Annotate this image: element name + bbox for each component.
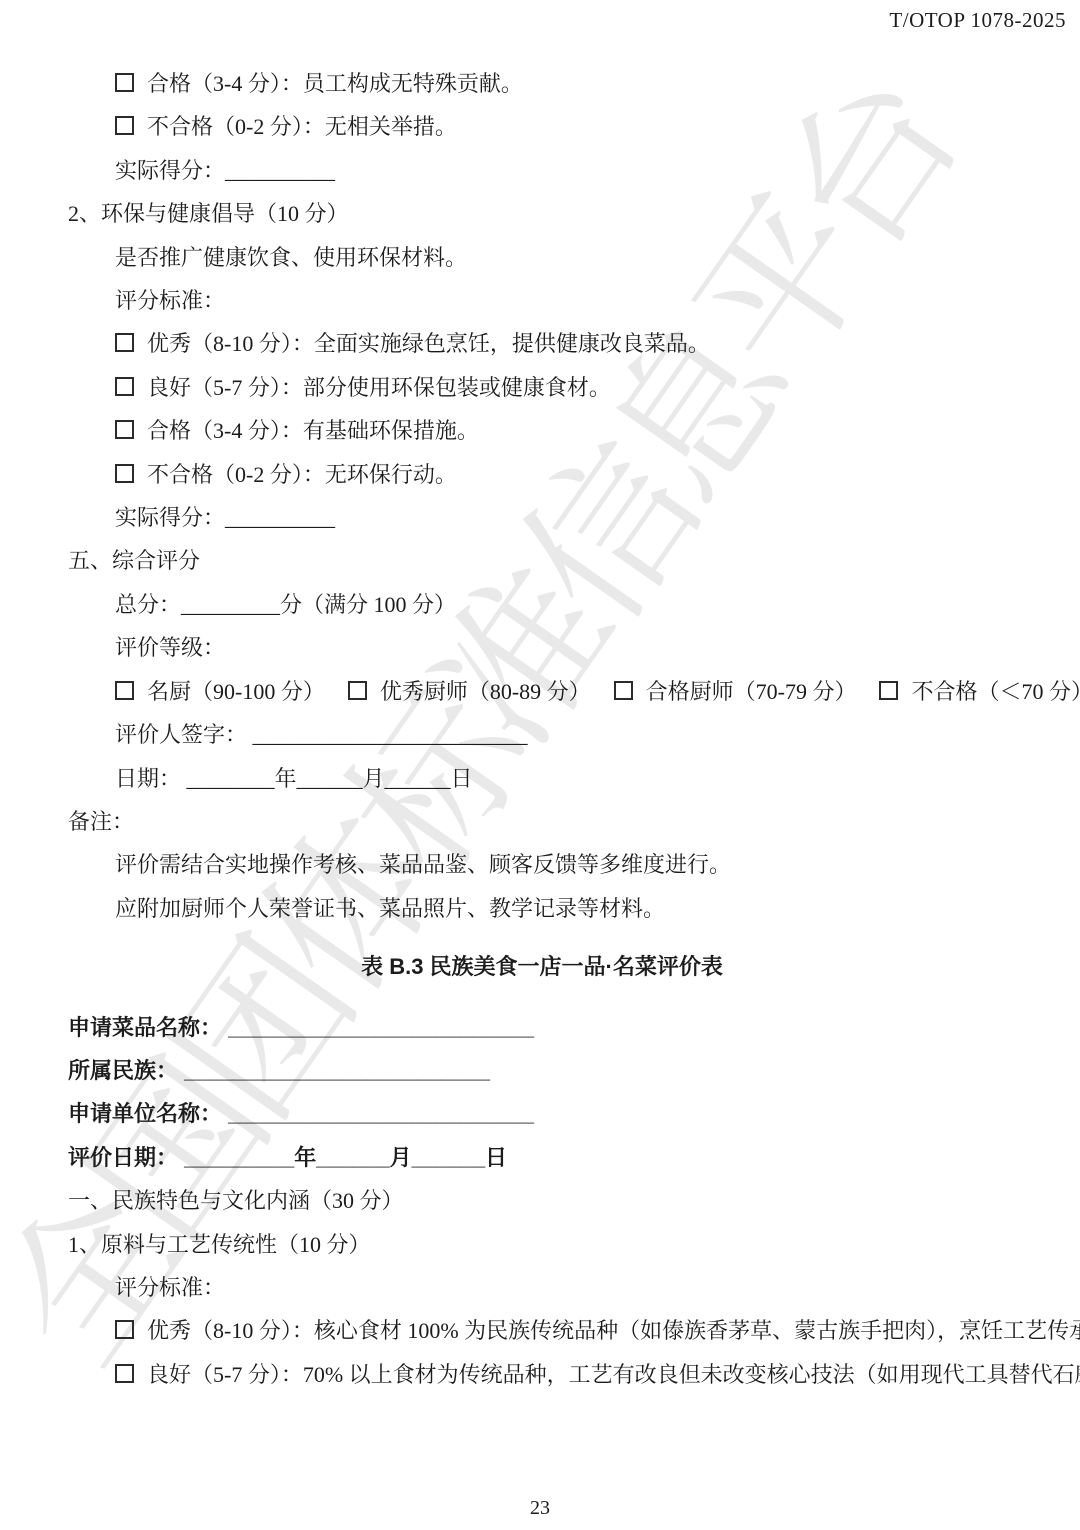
evaluator-signature-line: 评价人签字： _________________________ (68, 713, 1066, 756)
page-number: 23 (0, 1497, 1080, 1520)
checkbox-icon[interactable] (348, 681, 367, 700)
criteria-text: 不合格（0-2 分）：无环保行动。 (147, 462, 457, 487)
dish-name-field: 申请菜品名称： _________________________ (68, 1006, 1066, 1049)
document-body: 合格（3-4 分）：员工构成无特殊贡献。 不合格（0-2 分）：无相关举措。 实… (0, 62, 1080, 1396)
grade-option-text: 不合格（＜70 分） (911, 679, 1080, 704)
section-5-heading: 五、综合评分 (68, 539, 1066, 582)
remark-attachments: 应附加厨师个人荣誉证书、菜品照片、教学记录等材料。 (68, 887, 1066, 930)
criteria-text: 合格（3-4 分）：员工构成无特殊贡献。 (147, 71, 523, 96)
good-criteria-line: 良好（5-7 分）：部分使用环保包装或健康食材。 (68, 366, 1066, 409)
checkbox-icon[interactable] (879, 681, 898, 700)
grade-options-line: 名厨（90-100 分）优秀厨师（80-89 分）合格厨师（70-79 分）不合… (68, 670, 1066, 713)
checkbox-icon[interactable] (115, 1320, 134, 1339)
grade-option-text: 名厨（90-100 分） (147, 679, 325, 704)
checkbox-icon[interactable] (115, 377, 134, 396)
standard-code: T/OTOP 1078-2025 (889, 8, 1066, 33)
checkbox-icon[interactable] (115, 73, 134, 92)
criteria-text: 良好（5-7 分）：部分使用环保包装或健康食材。 (147, 375, 611, 400)
actual-score-line: 实际得分：__________ (68, 149, 1066, 192)
organization-name-field: 申请单位名称： _________________________ (68, 1092, 1066, 1135)
pass-criteria-line: 合格（3-4 分）：员工构成无特殊贡献。 (68, 62, 1066, 105)
section-1-heading: 一、民族特色与文化内涵（30 分） (68, 1179, 1066, 1222)
checkbox-icon[interactable] (115, 420, 134, 439)
remark-evaluation-dimensions: 评价需结合实地操作考核、菜品品鉴、顾客反馈等多维度进行。 (68, 843, 1066, 886)
checkbox-icon[interactable] (115, 1364, 134, 1383)
total-score-line: 总分：_________分（满分 100 分） (68, 583, 1066, 626)
remarks-label: 备注： (68, 800, 1066, 843)
checkbox-icon[interactable] (115, 681, 134, 700)
scoring-criteria-label: 评分标准： (68, 1266, 1066, 1309)
scoring-criteria-label: 评分标准： (68, 279, 1066, 322)
fail-criteria-line: 不合格（0-2 分）：无相关举措。 (68, 105, 1066, 148)
checkbox-icon[interactable] (115, 464, 134, 483)
criteria-text: 优秀（8-10 分）：核心食材 100% 为民族传统品种（如傣族香茅草、蒙古族手… (147, 1318, 1080, 1343)
ethnicity-field: 所属民族： _________________________ (68, 1049, 1066, 1092)
excellent-criteria-line: 优秀（8-10 分）：全面实施绿色烹饪，提供健康改良菜品。 (68, 322, 1066, 365)
pass-criteria-line: 合格（3-4 分）：有基础环保措施。 (68, 409, 1066, 452)
date-line: 日期： ________年______月______日 (68, 757, 1066, 800)
grade-option-excellent-chef: 优秀厨师（80-89 分） (348, 679, 591, 704)
fail-criteria-line: 不合格（0-2 分）：无环保行动。 (68, 453, 1066, 496)
grade-label: 评价等级： (68, 626, 1066, 669)
checkbox-icon[interactable] (614, 681, 633, 700)
grade-option-text: 优秀厨师（80-89 分） (380, 679, 591, 704)
grade-option-text: 合格厨师（70-79 分） (646, 679, 857, 704)
good-criteria-paragraph: 良好（5-7 分）：70% 以上食材为传统品种，工艺有改良但未改变核心技法（如用… (68, 1353, 1066, 1396)
section-2-description: 是否推广健康饮食、使用环保材料。 (68, 236, 1066, 279)
criteria-text: 合格（3-4 分）：有基础环保措施。 (147, 418, 479, 443)
grade-option-master-chef: 名厨（90-100 分） (115, 679, 325, 704)
criteria-text: 优秀（8-10 分）：全面实施绿色烹饪，提供健康改良菜品。 (147, 331, 710, 356)
checkbox-icon[interactable] (115, 116, 134, 135)
item-1-heading: 1、原料与工艺传统性（10 分） (68, 1223, 1066, 1266)
criteria-text: 不合格（0-2 分）：无相关举措。 (147, 114, 457, 139)
grade-option-unqualified: 不合格（＜70 分） (879, 679, 1080, 704)
grade-option-qualified-chef: 合格厨师（70-79 分） (614, 679, 857, 704)
excellent-criteria-paragraph: 优秀（8-10 分）：核心食材 100% 为民族传统品种（如傣族香茅草、蒙古族手… (68, 1309, 1066, 1352)
criteria-text: 良好（5-7 分）：70% 以上食材为传统品种，工艺有改良但未改变核心技法（如用… (147, 1362, 1080, 1387)
document-page: 全国团体标准信息平台 T/OTOP 1078-2025 合格（3-4 分）：员工… (0, 0, 1080, 1530)
checkbox-icon[interactable] (115, 333, 134, 352)
actual-score-line: 实际得分：__________ (68, 496, 1066, 539)
section-2-heading: 2、环保与健康倡导（10 分） (68, 192, 1066, 235)
evaluation-date-field: 评价日期： _________年______月______日 (68, 1136, 1066, 1179)
table-b3-title: 表 B.3 民族美食一店一品·名菜评价表 (68, 945, 1066, 988)
